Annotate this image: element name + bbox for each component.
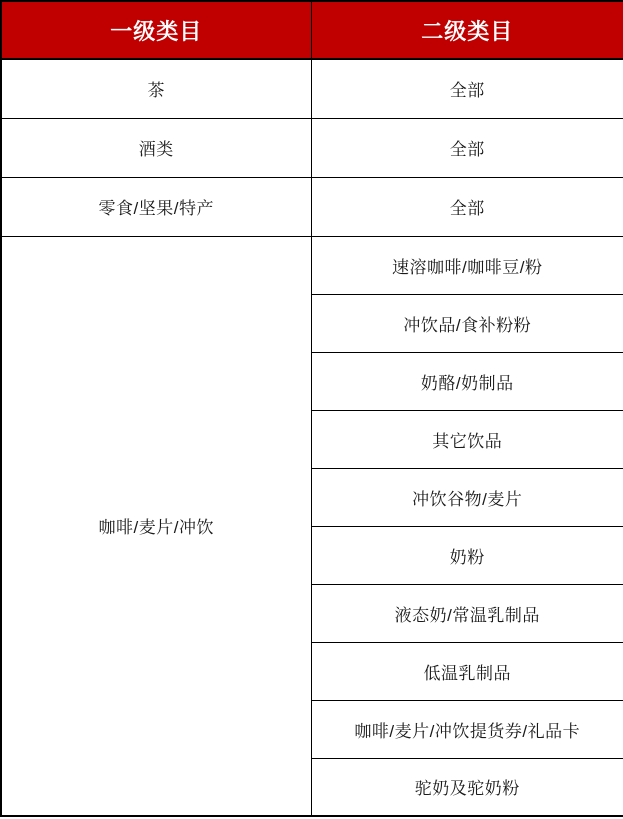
header-cell-level1: 一级类目 bbox=[1, 1, 311, 59]
level1-cell: 酒类 bbox=[1, 118, 311, 177]
table-row: 零食/坚果/特产 全部 bbox=[1, 177, 623, 236]
level2-cell: 冲饮谷物/麦片 bbox=[311, 468, 623, 526]
level2-cell: 冲饮品/食补粉粉 bbox=[311, 294, 623, 352]
table-row: 咖啡/麦片/冲饮 速溶咖啡/咖啡豆/粉 bbox=[1, 236, 623, 294]
table-row: 酒类 全部 bbox=[1, 118, 623, 177]
level2-cell: 全部 bbox=[311, 177, 623, 236]
level2-cell: 低温乳制品 bbox=[311, 642, 623, 700]
level2-cell: 速溶咖啡/咖啡豆/粉 bbox=[311, 236, 623, 294]
header-row: 一级类目 二级类目 bbox=[1, 1, 623, 59]
level2-cell: 驼奶及驼奶粉 bbox=[311, 758, 623, 816]
header-cell-level2: 二级类目 bbox=[311, 1, 623, 59]
page: 一级类目 二级类目 茶 全部 酒类 全部 零食/坚果/特产 全部 咖啡/麦片/冲… bbox=[0, 0, 623, 819]
level2-cell: 奶酪/奶制品 bbox=[311, 352, 623, 410]
level2-cell: 咖啡/麦片/冲饮提货券/礼品卡 bbox=[311, 700, 623, 758]
category-table: 一级类目 二级类目 茶 全部 酒类 全部 零食/坚果/特产 全部 咖啡/麦片/冲… bbox=[0, 0, 623, 817]
level2-cell: 全部 bbox=[311, 59, 623, 118]
level2-cell: 其它饮品 bbox=[311, 410, 623, 468]
level2-cell: 全部 bbox=[311, 118, 623, 177]
level1-cell: 零食/坚果/特产 bbox=[1, 177, 311, 236]
level1-cell: 茶 bbox=[1, 59, 311, 118]
level2-cell: 液态奶/常温乳制品 bbox=[311, 584, 623, 642]
level2-cell: 奶粉 bbox=[311, 526, 623, 584]
table-row: 茶 全部 bbox=[1, 59, 623, 118]
level1-merged-cell: 咖啡/麦片/冲饮 bbox=[1, 236, 311, 816]
